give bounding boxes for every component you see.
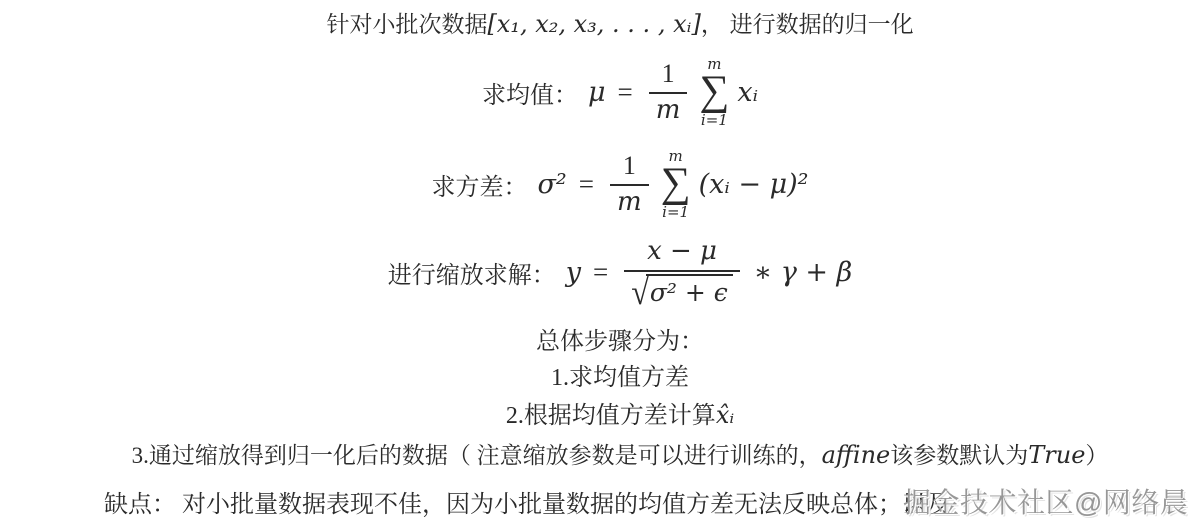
step-3-text-2: 该参数默认为 (890, 443, 1028, 468)
fraction-numerator: x − μ (640, 237, 724, 270)
equals-sign: = (579, 169, 594, 200)
step-1: 1.求均值方差 (52, 357, 1188, 392)
sigma-squared-symbol: σ² (538, 169, 567, 200)
formula-variance-label: 求方差： (432, 167, 528, 202)
formula-mean-label: 求均值： (482, 75, 578, 110)
equals-sign: = (618, 77, 633, 108)
equals-sign: = (593, 257, 608, 288)
formula-variance: 求方差： σ² = 1 m m ∑ i=1 (xᵢ − μ)² (52, 142, 1188, 226)
fraction-denominator: m (649, 92, 688, 126)
step-3-text-1: 3.通过缩放得到归一化后的数据（ 注意缩放参数是可以进行训练的， (132, 443, 822, 468)
formula-variance-body: (xᵢ − μ)² (699, 169, 809, 200)
fraction-denominator: m (610, 184, 649, 218)
intro-math-sequence: [x₁, x₂, x₃, . . . , xᵢ] (487, 10, 700, 38)
fraction-numerator: 1 (616, 151, 643, 184)
fraction-normalize: x − μ √ σ² + ϵ (624, 237, 740, 308)
sigma-sum-icon: ∑ (661, 165, 691, 203)
formula-scaling-label: 进行缩放求解： (388, 255, 556, 290)
summation: m ∑ i=1 (699, 55, 729, 129)
document-page: 针对小批次数据[x₁, x₂, x₃, . . . , xᵢ]， 进行数据的归一… (0, 0, 1188, 528)
step-2: 2.根据均值方差计算x̂ᵢ (52, 395, 1188, 430)
formula-scaling: 进行缩放求解： y = x − μ √ σ² + ϵ ∗ γ + β (52, 232, 1188, 312)
step-3-affine: affine (822, 441, 891, 469)
watermark: 掘金技术社区@网络晨21 (903, 481, 1188, 521)
radical-icon: √ (631, 274, 649, 310)
summation-lower-limit: i=1 (701, 111, 728, 129)
step-3-text-3: ） (1085, 443, 1108, 468)
drawback-note: 缺点： 对小批量数据表现不佳，因为小批量数据的均值方差无法反映总体；以及 (104, 484, 950, 519)
step-2-text: 2.根据均值方差计算 (506, 403, 716, 429)
radicand: σ² + ϵ (646, 274, 733, 308)
step-3: 3.通过缩放得到归一化后的数据（ 注意缩放参数是可以进行训练的，affine该参… (52, 437, 1188, 470)
mu-symbol: μ (588, 77, 606, 108)
intro-suffix: ， 进行数据的归一化 (701, 12, 914, 37)
fraction-one-over-m: 1 m (610, 151, 649, 218)
formula-mean-body: xᵢ (737, 77, 758, 108)
square-root: √ σ² + ϵ (631, 274, 733, 308)
summation: m ∑ i=1 (661, 147, 691, 221)
fraction-numerator: 1 (655, 59, 682, 92)
sigma-sum-icon: ∑ (699, 73, 729, 111)
summation-lower-limit: i=1 (662, 203, 689, 221)
y-symbol: y (566, 257, 581, 288)
step-2-math: x̂ᵢ (716, 401, 734, 429)
formula-scaling-tail: ∗ γ + β (754, 257, 852, 288)
fraction-one-over-m: 1 m (649, 59, 688, 126)
step-3-true: True (1028, 441, 1085, 469)
formula-mean: 求均值： μ = 1 m m ∑ i=1 xᵢ (52, 54, 1188, 130)
intro-line: 针对小批次数据[x₁, x₂, x₃, . . . , xᵢ]， 进行数据的归一… (52, 6, 1188, 39)
intro-prefix: 针对小批次数据 (326, 12, 487, 37)
fraction-denominator: √ σ² + ϵ (624, 270, 740, 308)
steps-title: 总体步骤分为： (52, 321, 1188, 356)
